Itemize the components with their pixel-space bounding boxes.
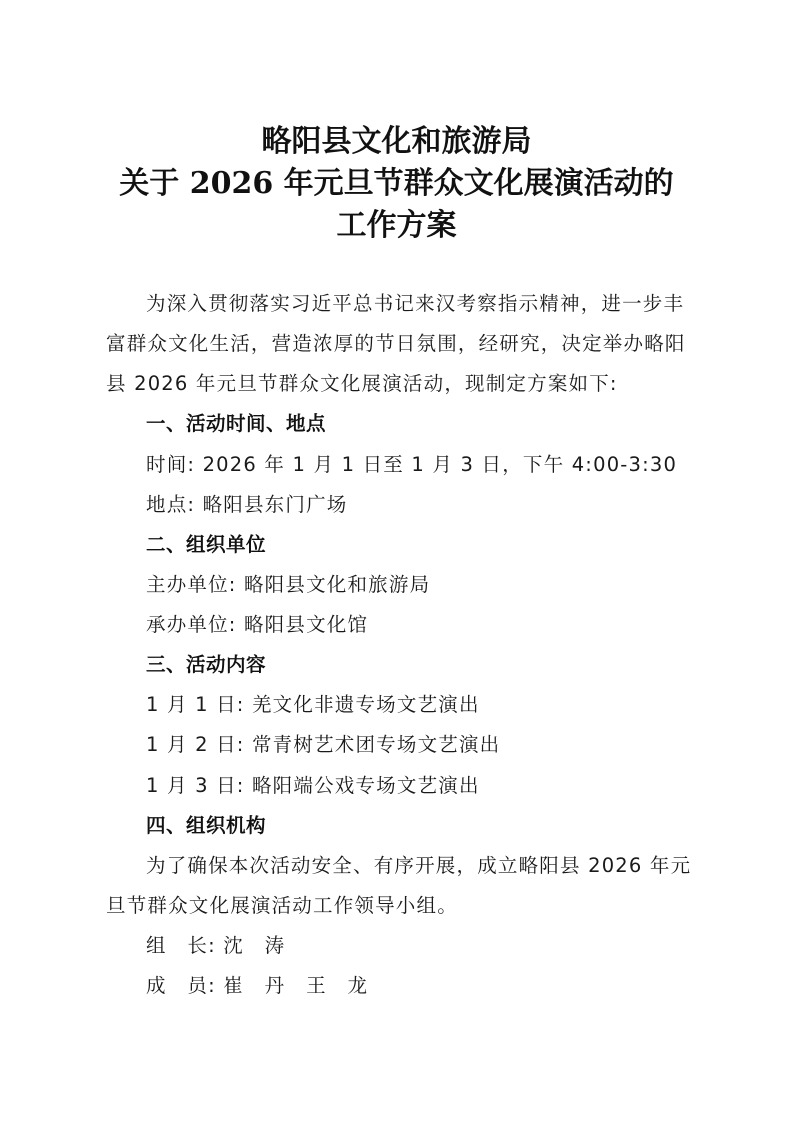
document-title-line-1: 略阳县文化和旅游局 [0,122,793,162]
intro-paragraph-line-2: 富群众文化生活，营造浓厚的节日氛围，经研究，决定举办略阳 [106,329,686,359]
section-heading-content: 三、活动内容 [146,650,266,680]
event-time: 时间: 2026 年 1 月 1 日至 1 月 3 日，下午 4:00-3:30 [146,450,677,480]
section-heading-organization: 四、组织机构 [146,811,266,841]
program-day-2: 1 月 2 日: 常青树艺术团专场文艺演出 [146,730,500,760]
organization-paragraph-line-1: 为了确保本次活动安全、有序开展，成立略阳县 2026 年元 [146,851,691,881]
host-organizer: 主办单位: 略阳县文化和旅游局 [146,570,430,600]
section-heading-organizers: 二、组织单位 [146,530,266,560]
team-members: 成 员: 崔 丹 王 龙 [146,971,368,1001]
co-organizer: 承办单位: 略阳县文化馆 [146,610,368,640]
document-title-line-3: 工作方案 [0,206,793,246]
document-title-line-2: 关于 2026 年元旦节群众文化展演活动的 [0,164,793,204]
document-page: 略阳县文化和旅游局 关于 2026 年元旦节群众文化展演活动的 工作方案 为深入… [0,0,793,1122]
intro-paragraph-line-3: 县 2026 年元旦节群众文化展演活动，现制定方案如下: [106,369,618,399]
program-day-3: 1 月 3 日: 略阳端公戏专场文艺演出 [146,771,480,801]
intro-paragraph-line-1: 为深入贯彻落实习近平总书记来汉考察指示精神，进一步丰 [146,289,684,319]
team-leader: 组 长: 沈 涛 [146,931,285,961]
event-location: 地点: 略阳县东门广场 [146,490,347,520]
program-day-1: 1 月 1 日: 羌文化非遗专场文艺演出 [146,690,480,720]
section-heading-time-location: 一、活动时间、地点 [146,409,326,439]
organization-paragraph-line-2: 旦节群众文化展演活动工作领导小组。 [106,891,458,921]
